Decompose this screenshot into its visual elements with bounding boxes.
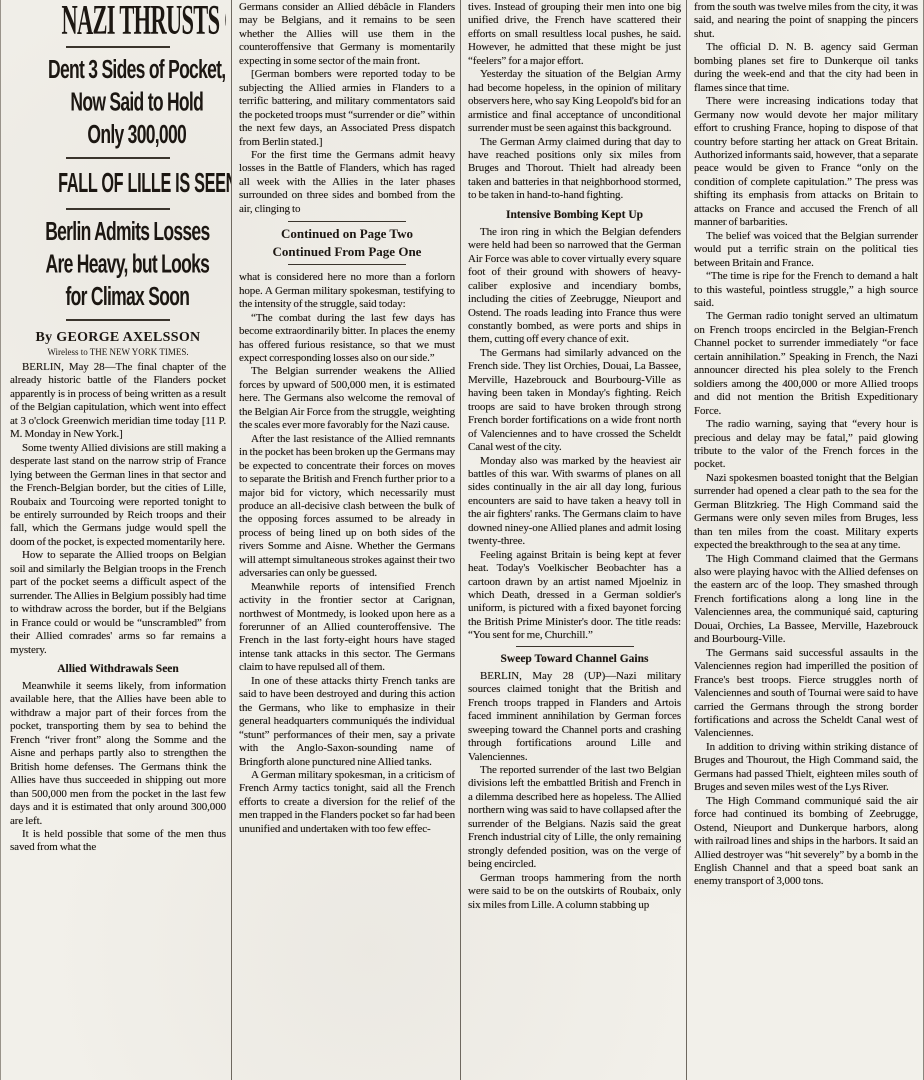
divider-rule xyxy=(288,221,406,222)
article-paragraph: There were increasing indications today … xyxy=(694,95,918,230)
article-paragraph: In addition to driving within striking d… xyxy=(694,741,918,795)
article-paragraph: The High Command claimed that the German… xyxy=(694,553,918,647)
main-headline: NAZI THRUSTS GAIN xyxy=(10,1,226,38)
divider-rule xyxy=(66,46,170,48)
article-paragraph: A German military spokesman, in a critic… xyxy=(239,769,455,836)
divider-rule xyxy=(66,319,170,321)
article-paragraph: Germans consider an Allied débâcle in Fl… xyxy=(239,1,455,68)
subheadline-deck: FALL OF LILLE IS SEEN xyxy=(58,165,232,202)
subheadline-deck: Berlin Admits Losses Are Heavy, but Look… xyxy=(45,216,209,314)
column-2: Germans consider an Allied débâcle in Fl… xyxy=(232,0,461,1080)
article-paragraph: After the last resistance of the Allied … xyxy=(239,433,455,581)
article-paragraph: The belief was voiced that the Belgian s… xyxy=(694,230,918,270)
article-paragraph: The German radio tonight served an ultim… xyxy=(694,310,918,418)
article-paragraph: The official D. N. B. agency said German… xyxy=(694,41,918,95)
article-columns: NAZI THRUSTS GAINDent 3 Sides of Pocket,… xyxy=(0,0,924,1080)
article-paragraph: BERLIN, May 28 (UP)—Nazi military source… xyxy=(468,670,681,764)
article-paragraph: Feeling against Britain is being kept at… xyxy=(468,549,681,643)
section-subhead: Sweep Toward Channel Gains xyxy=(468,652,681,666)
article-paragraph: Monday also was marked by the heaviest a… xyxy=(468,455,681,549)
article-paragraph: Some twenty Allied divisions are still m… xyxy=(10,442,226,550)
article-paragraph: Meanwhile reports of intensified French … xyxy=(239,581,455,675)
section-subhead: Allied Withdrawals Seen xyxy=(10,662,226,676)
article-paragraph: from the south was twelve miles from the… xyxy=(694,1,918,41)
article-paragraph: In one of these attacks thirty French ta… xyxy=(239,675,455,769)
article-paragraph: For the first time the Germans admit hea… xyxy=(239,149,455,216)
continued-line: Continued From Page One xyxy=(239,243,455,261)
article-paragraph: The reported surrender of the last two B… xyxy=(468,764,681,872)
article-paragraph: The Germans had similarly advanced on th… xyxy=(468,347,681,455)
article-paragraph: Nazi spokesmen boasted tonight that the … xyxy=(694,472,918,553)
article-paragraph: The radio warning, saying that “every ho… xyxy=(694,418,918,472)
article-paragraph: Yesterday the situation of the Belgian A… xyxy=(468,68,681,135)
article-paragraph: tives. Instead of grouping their men int… xyxy=(468,1,681,68)
subheadline-deck: Dent 3 Sides of Pocket, Now Said to Hold… xyxy=(48,54,225,152)
article-paragraph: The iron ring in which the Belgian defen… xyxy=(468,226,681,347)
article-paragraph: “The time is ripe for the French to dema… xyxy=(694,270,918,310)
column-4: from the south was twelve miles from the… xyxy=(687,0,924,1080)
article-paragraph: It is held possible that some of the men… xyxy=(10,828,226,855)
continued-notice: Continued on Page TwoContinued From Page… xyxy=(239,221,455,265)
article-paragraph: The Germans said successful assaults in … xyxy=(694,647,918,741)
article-paragraph: The High Command communiqué said the air… xyxy=(694,795,918,889)
article-paragraph: The German Army claimed during that day … xyxy=(468,136,681,203)
section-subhead: Intensive Bombing Kept Up xyxy=(468,208,681,222)
divider-rule xyxy=(66,208,170,210)
column-1: NAZI THRUSTS GAINDent 3 Sides of Pocket,… xyxy=(0,0,232,1080)
column-3: tives. Instead of grouping their men int… xyxy=(461,0,687,1080)
article-paragraph: BERLIN, May 28—The final chapter of the … xyxy=(10,361,226,442)
wire-credit: Wireless to THE NEW YORK TIMES. xyxy=(10,346,226,358)
article-paragraph: The Belgian surrender weakens the Allied… xyxy=(239,365,455,432)
article-paragraph: Meanwhile it seems likely, from informat… xyxy=(10,680,226,828)
byline: By GEORGE AXELSSON xyxy=(10,329,226,346)
article-paragraph: “The combat during the last few days has… xyxy=(239,312,455,366)
divider-rule xyxy=(288,264,406,265)
divider-rule xyxy=(516,646,634,647)
article-paragraph: How to separate the Allied troops on Bel… xyxy=(10,549,226,657)
newspaper-page: NAZI THRUSTS GAINDent 3 Sides of Pocket,… xyxy=(0,0,924,1080)
article-paragraph: what is considered here no more than a f… xyxy=(239,271,455,311)
main-headline-text: NAZI THRUSTS GAIN xyxy=(61,1,226,38)
continued-line: Continued on Page Two xyxy=(239,225,455,243)
divider-rule xyxy=(66,157,170,159)
article-paragraph: German troops hammering from the north w… xyxy=(468,872,681,912)
article-paragraph: [German bombers were reported today to b… xyxy=(239,68,455,149)
